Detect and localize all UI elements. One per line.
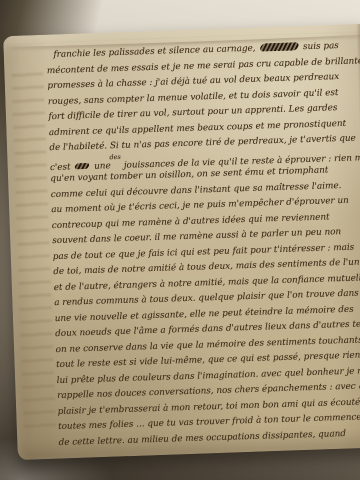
letter-page: franchie les palissades et silence au ca… bbox=[3, 23, 360, 460]
letter-lines: franchie les palissades et silence au ca… bbox=[46, 38, 360, 451]
letter-photograph: franchie les palissades et silence au ca… bbox=[0, 0, 360, 480]
inserted-word: des bbox=[109, 152, 121, 160]
scribble-strikethrough bbox=[259, 42, 300, 51]
scribble-strikethrough bbox=[74, 163, 90, 170]
line-text: suis pas bbox=[300, 41, 339, 52]
